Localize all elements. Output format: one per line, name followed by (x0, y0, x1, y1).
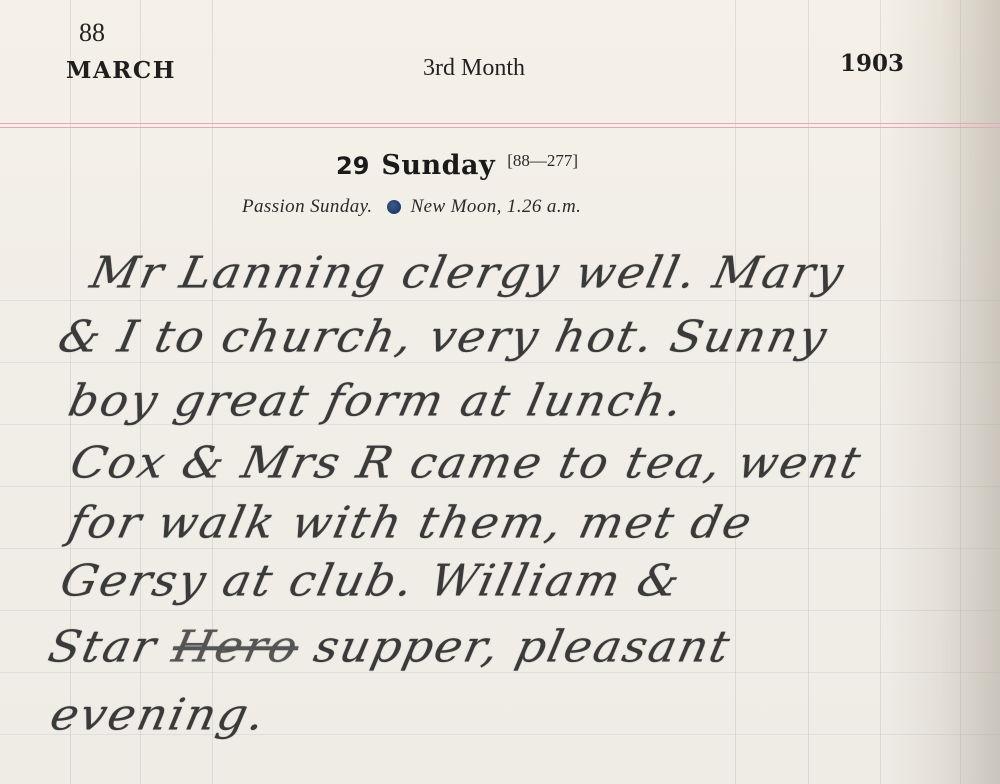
writing-line (0, 672, 1000, 673)
entry-line: Star Hero supper, pleasant (44, 621, 736, 672)
column-rule (735, 0, 736, 784)
writing-line (0, 610, 1000, 611)
page-number: 88 (79, 18, 105, 48)
column-rule (880, 0, 881, 784)
month-ordinal: 3rd Month (423, 55, 525, 82)
moon-phase-label: New Moon, 1.26 a.m. (411, 196, 582, 218)
header-rule (0, 127, 1000, 128)
diary-page: 88 MARCH 3rd Month 1903 29 Sunday [88—27… (0, 0, 1000, 784)
entry-text: Star (44, 621, 162, 672)
writing-line (0, 362, 1000, 363)
observance-label: Passion Sunday. (242, 196, 373, 218)
day-heading: 29 Sunday [88—277] (336, 150, 578, 181)
new-moon-icon (387, 200, 401, 214)
entry-line: evening. (46, 689, 271, 740)
column-rule (960, 0, 961, 784)
entry-line: & I to church, very hot. Sunny (54, 311, 833, 362)
header-rule (0, 123, 1000, 124)
entry-line: Gersy at club. William & (56, 555, 686, 606)
year: 1903 (840, 50, 904, 77)
moon-phase: New Moon, 1.26 a.m. (387, 196, 582, 218)
entry-line: boy great form at lunch. (64, 375, 689, 426)
column-rule (808, 0, 809, 784)
writing-line (0, 300, 1000, 301)
weekday: Sunday (381, 150, 495, 181)
entry-line: for walk with them, met de (64, 497, 758, 548)
day-count: [88—277] (507, 151, 578, 171)
date-number: 29 (336, 152, 369, 180)
entry-line: Cox & Mrs R came to tea, went (66, 437, 867, 488)
month-name: MARCH (66, 57, 176, 84)
writing-line (0, 548, 1000, 549)
observances: Passion Sunday. New Moon, 1.26 a.m. (242, 196, 581, 218)
entry-text: supper, pleasant (310, 621, 736, 672)
struck-word: Hero (168, 621, 304, 672)
entry-line: Mr Lanning clergy well. Mary (86, 247, 850, 298)
